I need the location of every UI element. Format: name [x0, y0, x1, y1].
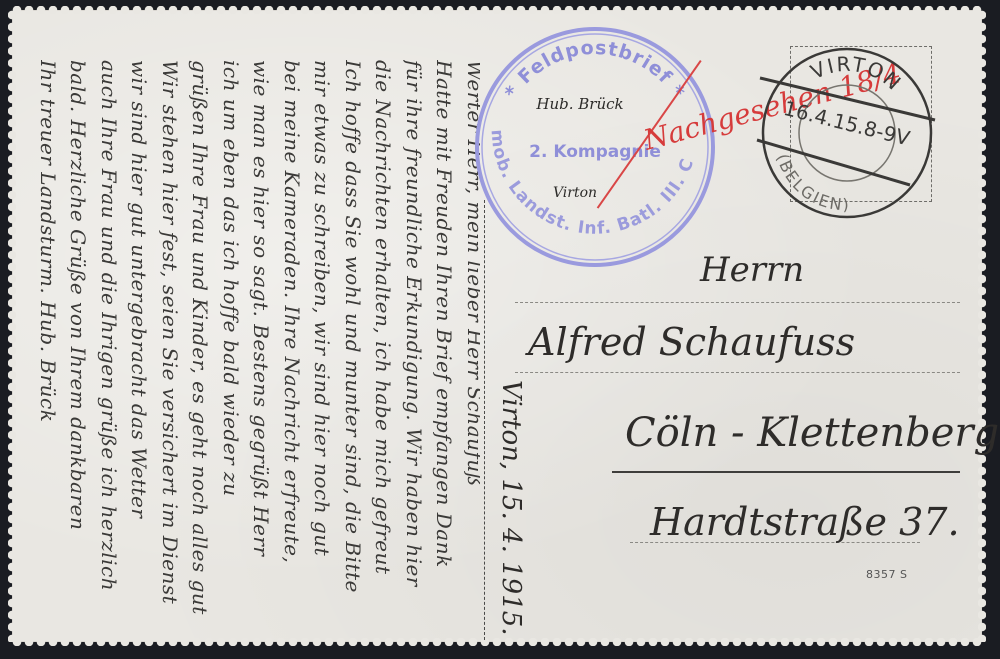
address-name: Alfred Schaufuss — [528, 320, 855, 364]
message-line: Wir stehen hier fest, seien Sie versiche… — [155, 60, 186, 630]
message-line: bei meine Kameraden. Ihre Nachricht erfr… — [277, 60, 308, 630]
svg-text:Virton: Virton — [553, 185, 597, 201]
address-guide-line-1 — [515, 302, 960, 303]
postmark-virton: VIRTON (BELGIEN) 16.4.15.8-9V — [745, 45, 945, 220]
message-line: für ihre freundliche Erkundigung. Wir ha… — [399, 60, 430, 630]
address-guide-line-2 — [515, 372, 960, 373]
message-line: auch Ihre Frau und die Ihrigen grüße ich… — [94, 60, 125, 630]
message-line: grüßen Ihre Frau und Kinder, es geht noc… — [185, 60, 216, 630]
svg-text:Hub. Brück: Hub. Brück — [535, 95, 623, 113]
address-underline-city — [612, 471, 960, 473]
svg-text:* Feldpostbrief *: * Feldpostbrief * — [501, 37, 690, 103]
message-line: Ich hoffe dass Sie wohl und munter sind,… — [338, 60, 369, 630]
message-line: ich um eben das ich hoffe bald wieder zu — [216, 60, 247, 630]
svg-text:16.4.15.8-9V: 16.4.15.8-9V — [781, 96, 912, 151]
message-line: Ihr treuer Landsturm. Hub. Brück — [33, 60, 64, 630]
message-line: wir sind hier gut untergebracht das Wett… — [124, 60, 155, 630]
message-lines: Werter Herr, mein lieber Herr SchaufußHa… — [33, 60, 481, 630]
address-street: Hardtstraße 37. — [650, 500, 960, 544]
message-line: Hatte mit Freuden Ihren Brief empfangen … — [429, 60, 460, 630]
message-line: wie man es hier so sagt. Bestens gegrüßt… — [246, 60, 277, 630]
message-line: die Nachrichten erhalten, ich habe mich … — [368, 60, 399, 630]
svg-text:(BELGIEN): (BELGIEN) — [773, 152, 851, 215]
dated-line: Virton, 15. 4. 1915. — [496, 380, 526, 636]
printer-code: 8357 S — [866, 568, 907, 581]
message-line: mir etwas zu schreiben, wir sind hier no… — [307, 60, 338, 630]
handwritten-message: Werter Herr, mein lieber Herr SchaufußHa… — [20, 20, 480, 630]
svg-text:VIRTON: VIRTON — [807, 52, 907, 96]
message-line: bald. Herzliche Grüße von Ihrem dankbare… — [63, 60, 94, 630]
address-city: Cöln - Klettenberg — [625, 410, 999, 456]
